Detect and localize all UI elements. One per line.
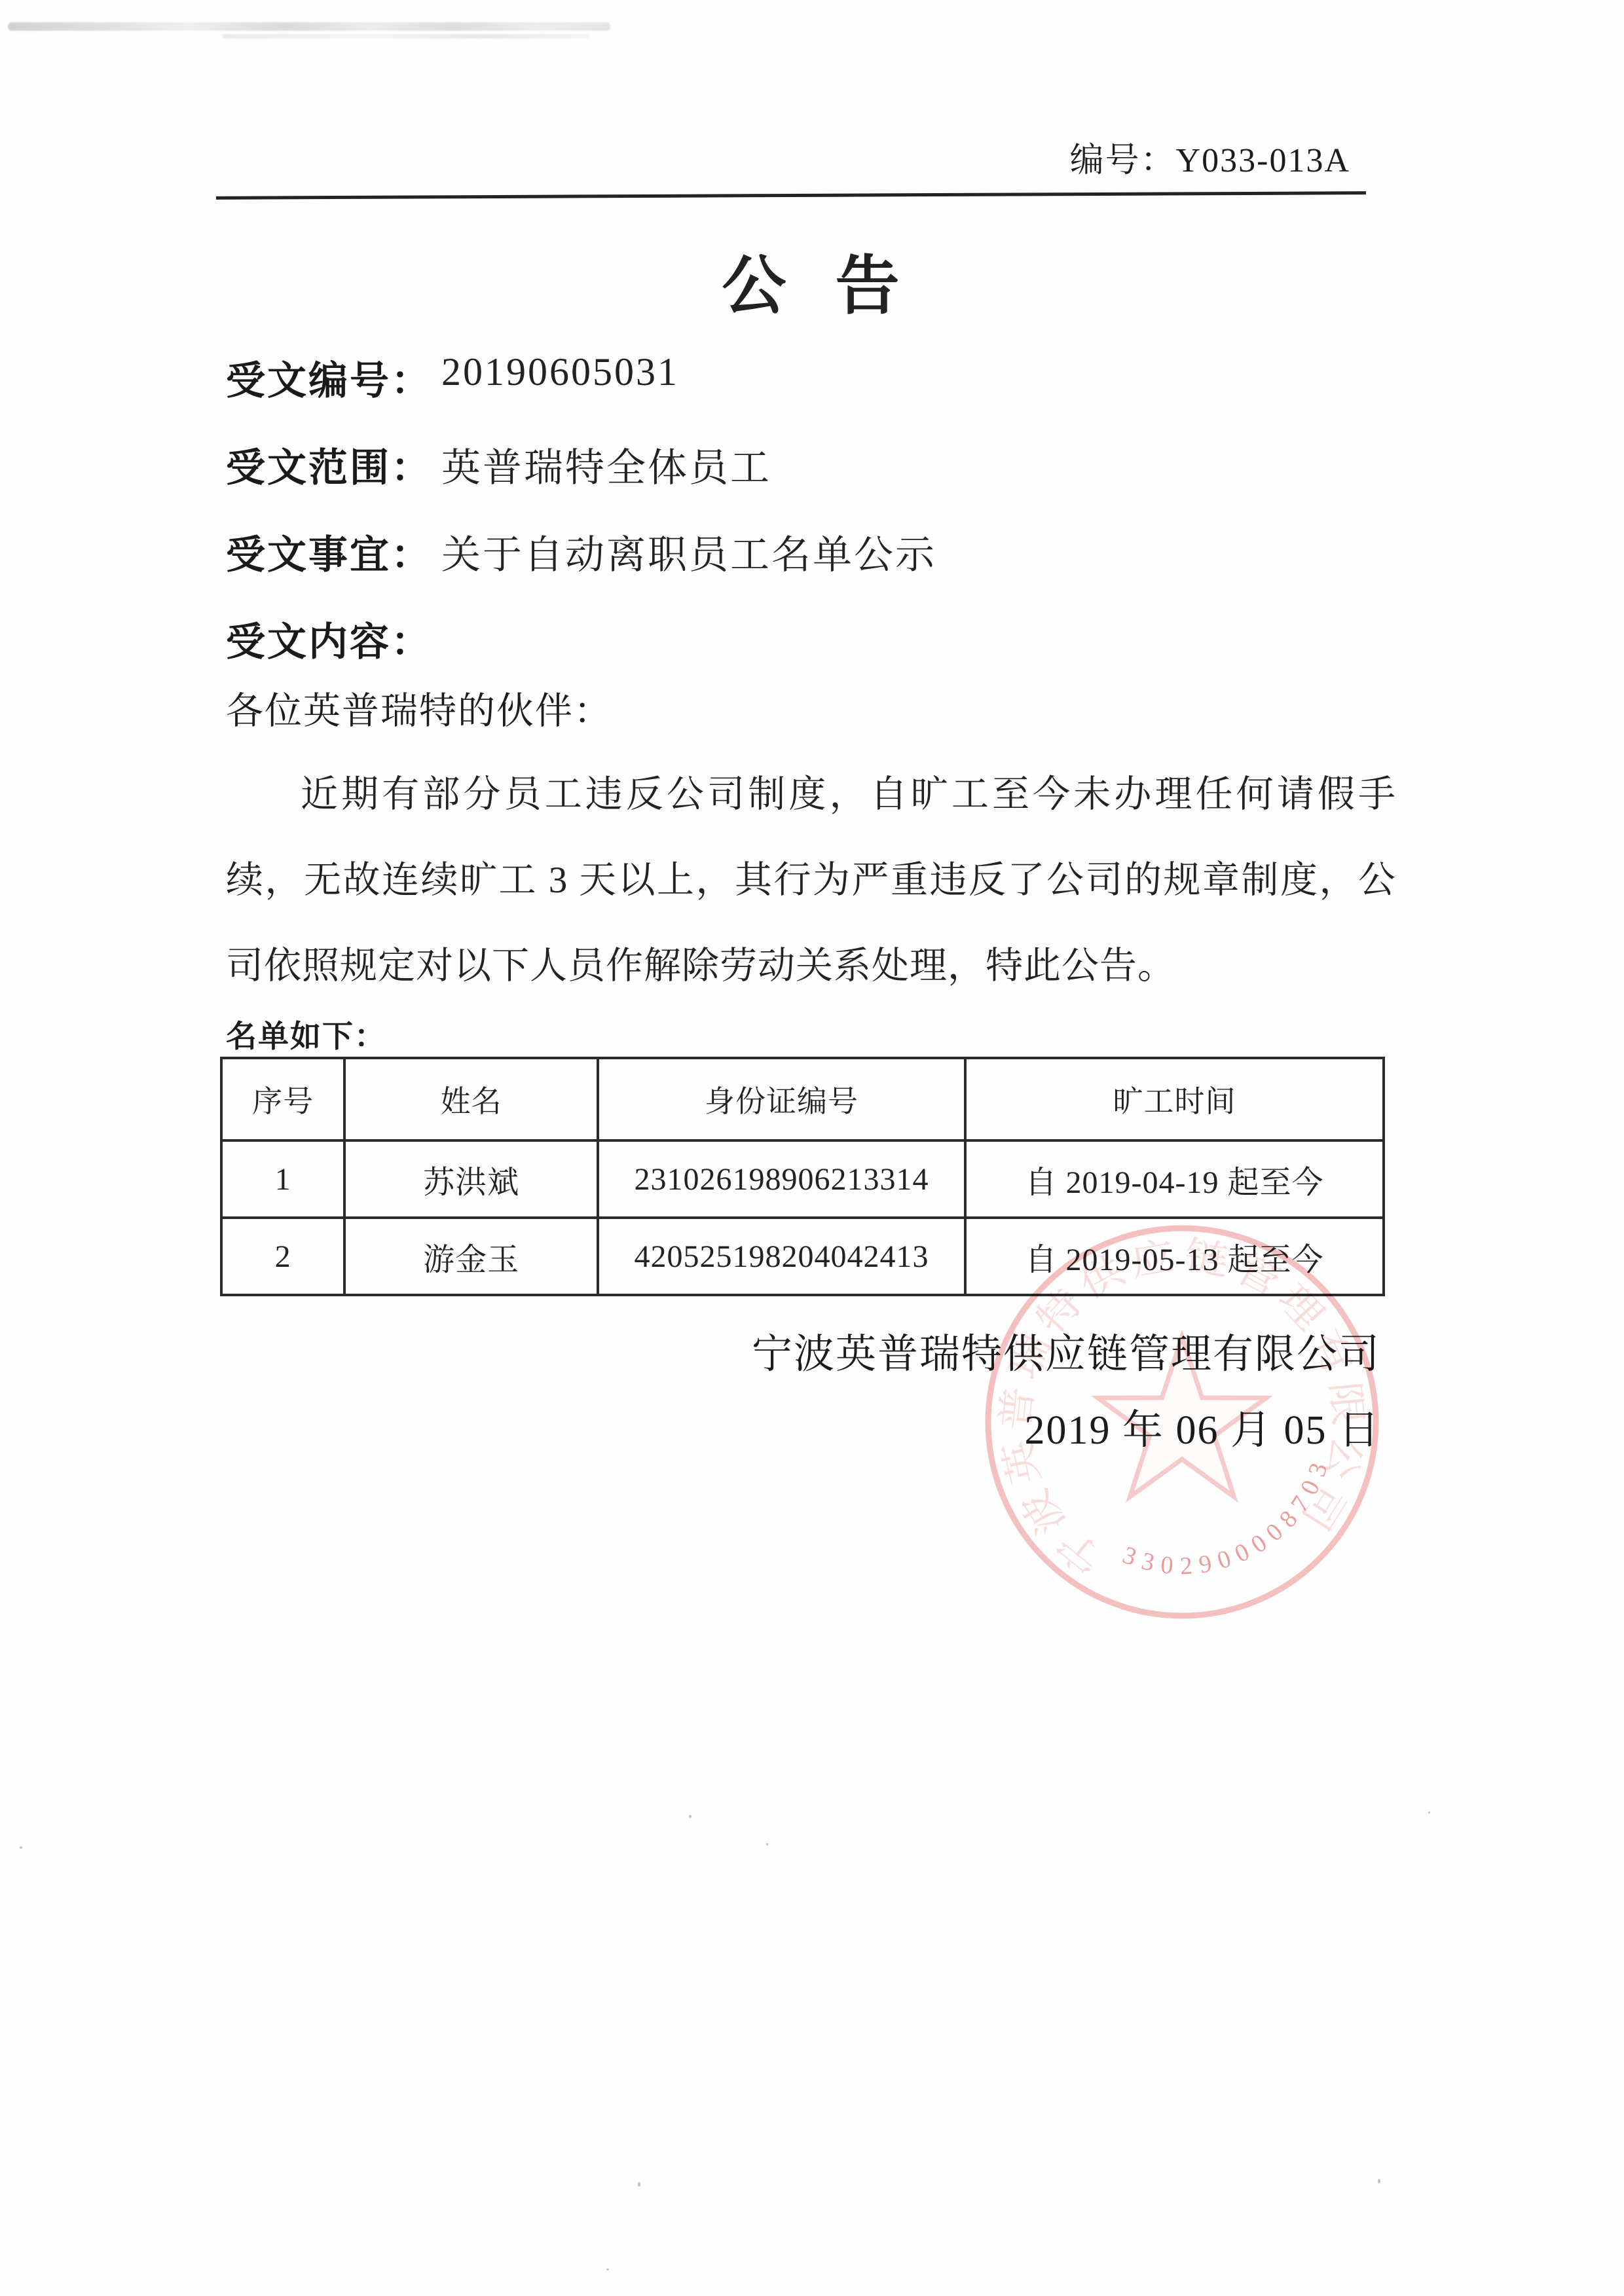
field-scope: 受文范围： 英普瑞特全体员工 <box>226 437 936 524</box>
header-rule <box>216 191 1366 200</box>
field-subject: 受文事宜： 关于自动离职员工名单公示 <box>226 524 936 611</box>
stamp-star-icon <box>1098 1337 1266 1497</box>
body-paragraph: 近期有部分员工违反公司制度，自旷工至今未办理任何请假手 续，无故连续旷工 3 天… <box>226 752 1396 1009</box>
document-page: 编号：Y033-013A 公 告 受文编号： 20190605031 受文范围：… <box>0 0 1624 2296</box>
doc-number: 编号：Y033-013A <box>1070 132 1350 181</box>
scan-speck <box>638 2182 640 2187</box>
cell-id-number: 231026198906213314 <box>598 1140 965 1218</box>
body-line-3: 司依照规定对以下人员作解除劳动关系处理，特此公告。 <box>226 923 1396 1009</box>
scan-speck <box>1378 2179 1380 2183</box>
scan-smudge-top-2 <box>223 34 589 39</box>
scan-smudge-top <box>8 22 610 31</box>
salutation: 各位英普瑞特的伙伴： <box>226 681 612 735</box>
scan-speck <box>20 1846 22 1849</box>
table-row: 1 苏洪斌 231026198906213314 自 2019-04-19 起至… <box>221 1140 1384 1218</box>
field-label: 受文编号： <box>226 350 432 406</box>
page-title: 公 告 <box>0 234 1624 327</box>
field-value: 英普瑞特全体员工 <box>441 437 771 493</box>
cell-id-number: 420525198204042413 <box>598 1218 965 1295</box>
field-label: 受文内容： <box>226 611 432 667</box>
scan-speck <box>766 1843 768 1846</box>
field-doc-id: 受文编号： 20190605031 <box>226 350 936 437</box>
header-absence-period: 旷工时间 <box>965 1058 1384 1140</box>
body-line-2: 续，无故连续旷工 3 天以上，其行为严重违反了公司的规章制度，公 <box>226 837 1396 923</box>
table-header-row: 序号 姓名 身份证编号 旷工时间 <box>221 1058 1384 1140</box>
field-value: 20190605031 <box>441 350 679 395</box>
header-seq: 序号 <box>221 1058 344 1140</box>
scan-speck <box>606 2269 609 2270</box>
doc-number-value: Y033-013A <box>1176 142 1350 179</box>
header-id-number: 身份证编号 <box>598 1058 965 1140</box>
cell-seq: 2 <box>221 1218 344 1295</box>
scan-speck <box>1428 1812 1430 1813</box>
cell-absence-period: 自 2019-04-19 起至今 <box>965 1140 1384 1218</box>
field-list: 受文编号： 20190605031 受文范围： 英普瑞特全体员工 受文事宜： 关… <box>226 350 936 698</box>
company-seal-stamp: 宁波英普瑞特供应链管理有限公司 3302900008703 <box>972 1212 1392 1631</box>
scan-speck <box>689 1815 692 1818</box>
field-label: 受文范围： <box>226 437 432 493</box>
field-label: 受文事宜： <box>226 524 432 580</box>
cell-seq: 1 <box>221 1140 344 1218</box>
cell-name: 游金玉 <box>344 1218 598 1295</box>
cell-name: 苏洪斌 <box>344 1140 598 1218</box>
list-label: 名单如下： <box>226 1012 386 1056</box>
doc-number-label: 编号： <box>1070 142 1176 179</box>
field-value: 关于自动离职员工名单公示 <box>441 524 936 580</box>
header-name: 姓名 <box>344 1058 598 1140</box>
body-line-1: 近期有部分员工违反公司制度，自旷工至今未办理任何请假手 <box>226 752 1396 837</box>
